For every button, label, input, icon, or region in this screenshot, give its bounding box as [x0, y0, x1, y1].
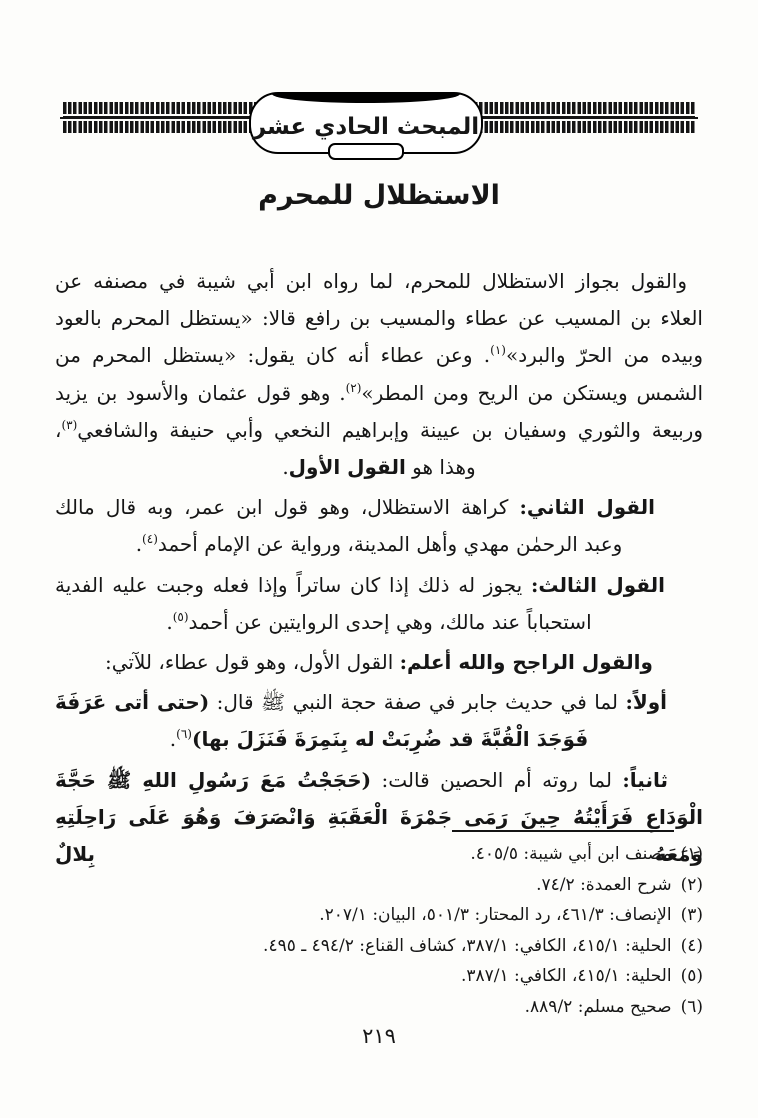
- footnote-text: شرح العمدة: ٧٤/٢.: [53, 870, 672, 901]
- cartouche-tab-ornament: [328, 143, 404, 160]
- footnote-text: الحلية: ٤١٥/١، الكافي: ٣٨٧/١.: [53, 961, 672, 992]
- text-segment: استحباباً عند مالك، وهي إحدى الروايتين ع…: [189, 610, 592, 634]
- footnote-item: (٤)الحلية: ٤١٥/١، الكافي: ٣٨٧/١، كشاف ال…: [53, 931, 703, 962]
- footnote-number: (٢): [681, 870, 703, 901]
- footnote-item: (٢)شرح العمدة: ٧٤/٢.: [53, 870, 703, 901]
- chapter-cartouche: المبحث الحادي عشر: [249, 92, 483, 154]
- text-line: استحباباً عند مالك، وهي إحدى الروايتين ع…: [55, 604, 703, 641]
- text-line: وهذا هو القول الأول.: [55, 449, 703, 486]
- text-segment: والقول الراجح والله أعلم:: [400, 650, 653, 674]
- footnote-item: (١)مصنف ابن أبي شيبة: ٤٠٥/٥.: [53, 839, 703, 870]
- text-line: فَوَجَدَ الْقُبَّةَ قد ضُرِبَتْ له بِنَم…: [55, 721, 703, 758]
- text-segment: القول الثاني:: [519, 495, 655, 519]
- paragraph: والقول الراجح والله أعلم: القول الأول، و…: [55, 644, 703, 681]
- book-page: المبحث الحادي عشر الاستظلال للمحرم والقو…: [0, 0, 758, 1118]
- text-segment: (حَجَجْتُ مَعَ رَسُولِ اللهِ ﷺ حَجَّةَ: [55, 768, 371, 792]
- footnote-item: (٦)صحيح مسلم: ٨٨٩/٢.: [53, 992, 703, 1023]
- footnote-separator: [452, 830, 674, 832]
- text-segment: وهذا هو: [406, 455, 476, 479]
- section-title: الاستظلال للمحرم: [0, 180, 758, 211]
- page-number: ٢١٩: [0, 1024, 758, 1048]
- footnote-ref-marker: (٤): [142, 532, 158, 546]
- text-line: والقول بجواز الاستظلال للمحرم، لما رواه …: [55, 263, 703, 300]
- footnote-number: (٥): [681, 961, 703, 992]
- text-segment: فَوَجَدَ الْقُبَّةَ قد ضُرِبَتْ له بِنَم…: [192, 727, 588, 751]
- text-segment: القول الأول، وهو قول عطاء، للآتي:: [105, 650, 400, 674]
- text-line: وربيعة والثوري وسفيان بن عيينة وإبراهيم …: [55, 412, 703, 449]
- paragraph: القول الثالث: يجوز له ذلك إذا كان ساتراً…: [55, 567, 703, 641]
- footnotes-section: (١)مصنف ابن أبي شيبة: ٤٠٥/٥.(٢)شرح العمد…: [53, 839, 703, 1023]
- paragraph: القول الثاني: كراهة الاستظلال، وهو قول ا…: [55, 489, 703, 563]
- text-segment: وعبد الرحمٰن مهدي وأهل المدينة، ورواية ع…: [158, 532, 622, 556]
- chapter-header-ornament: المبحث الحادي عشر: [60, 88, 698, 174]
- text-segment: أولاً:: [625, 690, 667, 714]
- body-text: والقول بجواز الاستظلال للمحرم، لما رواه …: [55, 263, 703, 876]
- text-segment: القول الأول: [289, 455, 406, 479]
- text-line: الشمس ويستكن من الريح ومن المطر»(٢). وهو…: [55, 375, 703, 412]
- footnote-text: الحلية: ٤١٥/١، الكافي: ٣٨٧/١، كشاف القنا…: [53, 931, 672, 962]
- text-segment: الشمس ويستكن من الريح ومن المطر»: [361, 381, 703, 405]
- footnote-number: (١): [681, 839, 703, 870]
- ornament-band-left: [63, 102, 259, 133]
- footnote-number: (٤): [681, 931, 703, 962]
- text-line: والقول الراجح والله أعلم: القول الأول، و…: [55, 644, 703, 681]
- text-segment: (حتى أتى عَرَفَةَ: [55, 690, 209, 714]
- footnote-ref-marker: (٥): [173, 610, 189, 624]
- text-segment: لما روته أم الحصين قالت:: [371, 768, 622, 792]
- text-line: القول الثاني: كراهة الاستظلال، وهو قول ا…: [55, 489, 703, 526]
- text-segment: وربيعة والثوري وسفيان بن عيينة وإبراهيم …: [77, 418, 703, 442]
- text-line: وعبد الرحمٰن مهدي وأهل المدينة، ورواية ع…: [55, 526, 703, 563]
- text-line: وبيده من الحرّ والبرد»(١). وعن عطاء أنه …: [55, 337, 703, 374]
- text-segment: ثانياً:: [622, 768, 668, 792]
- text-segment: القول الثالث:: [531, 573, 665, 597]
- footnote-text: مصنف ابن أبي شيبة: ٤٠٥/٥.: [53, 839, 672, 870]
- text-segment: وبيده من الحرّ والبرد»: [506, 343, 703, 367]
- text-segment: العلاء بن المسيب عن عطاء والمسيب بن رافع…: [55, 306, 703, 330]
- footnote-ref-marker: (٣): [61, 418, 77, 432]
- text-line: أولاً: لما في حديث جابر في صفة حجة النبي…: [55, 684, 703, 721]
- paragraph: والقول بجواز الاستظلال للمحرم، لما رواه …: [55, 263, 703, 486]
- text-segment: لما في حديث جابر في صفة حجة النبي ﷺ قال:: [209, 690, 625, 714]
- footnote-ref-marker: (٦): [176, 727, 192, 741]
- footnote-item: (٥)الحلية: ٤١٥/١، الكافي: ٣٨٧/١.: [53, 961, 703, 992]
- text-line: ثانياً: لما روته أم الحصين قالت: (حَجَجْ…: [55, 762, 703, 799]
- footnote-item: (٣)الإنصاف: ٤٦١/٣، رد المحتار: ٥٠١/٣، ال…: [53, 900, 703, 931]
- ornament-band-right: [469, 102, 695, 133]
- footnote-text: الإنصاف: ٤٦١/٣، رد المحتار: ٥٠١/٣، البيا…: [53, 900, 672, 931]
- footnote-text: صحيح مسلم: ٨٨٩/٢.: [53, 992, 672, 1023]
- text-segment: والقول بجواز الاستظلال للمحرم، لما رواه …: [55, 269, 687, 293]
- footnote-number: (٦): [681, 992, 703, 1023]
- text-segment: . وعن عطاء أنه كان يقول: «يستظل المحرم م…: [55, 343, 490, 367]
- footnote-number: (٣): [681, 900, 703, 931]
- paragraph: أولاً: لما في حديث جابر في صفة حجة النبي…: [55, 684, 703, 758]
- footnote-ref-marker: (٢): [346, 381, 362, 395]
- text-segment: يجوز له ذلك إذا كان ساتراً وإذا فعله وجب…: [55, 573, 531, 597]
- text-segment: كراهة الاستظلال، وهو قول ابن عمر، وبه قا…: [55, 495, 519, 519]
- text-line: القول الثالث: يجوز له ذلك إذا كان ساتراً…: [55, 567, 703, 604]
- text-segment: . وهو قول عثمان والأسود بن يزيد: [55, 381, 346, 405]
- footnote-ref-marker: (١): [490, 343, 506, 357]
- text-line: العلاء بن المسيب عن عطاء والمسيب بن رافع…: [55, 300, 703, 337]
